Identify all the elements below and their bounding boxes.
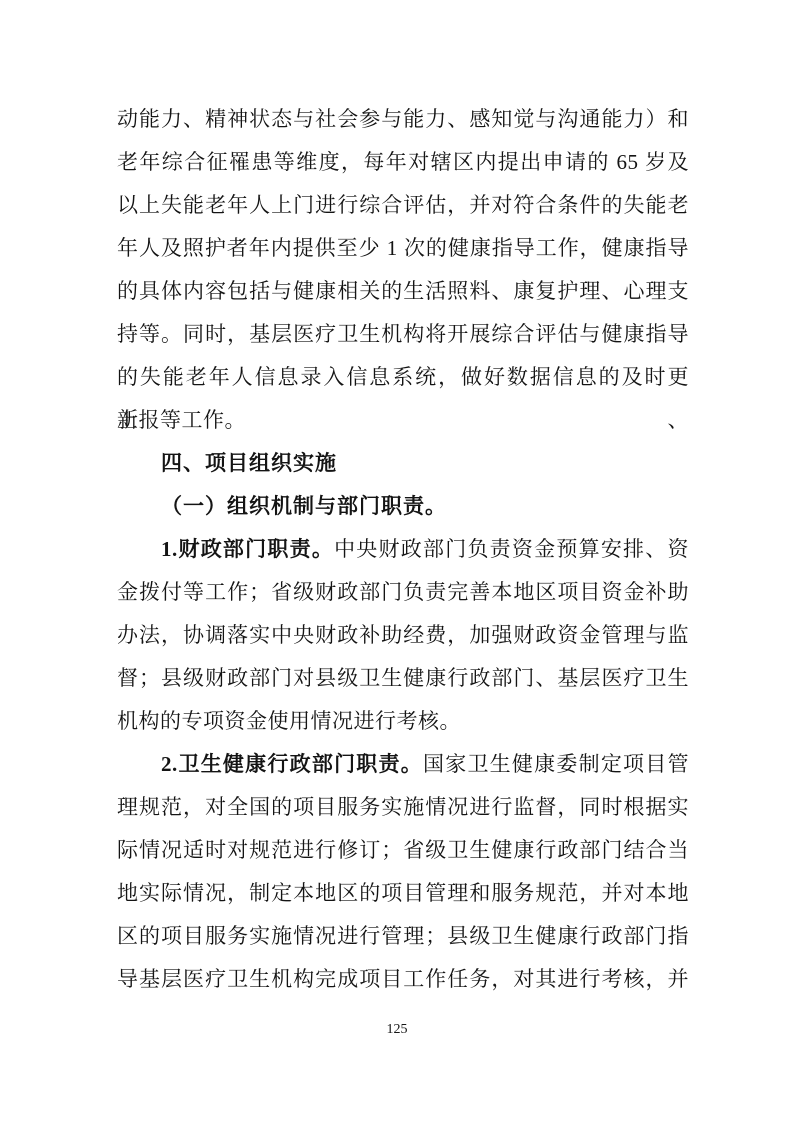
text-run: 持等。同时，基层医疗卫生机构将开展综合评估与健康指导: [117, 322, 689, 346]
text-run: 金拨付等工作；省级财政部门负责完善本地区项目资金补助: [117, 580, 689, 604]
body-line: 的具体内容包括与健康相关的生活照料、康复护理、心理支: [117, 270, 689, 313]
paragraph-lead-bold: 1.财政部门职责。: [161, 537, 334, 561]
document-page: 动能力、精神状态与社会参与能力、感知觉与沟通能力）和老年综合征罹患等维度，每年对…: [0, 0, 794, 1122]
body-line: 理规范，对全国的项目服务实施情况进行监督，同时根据实: [117, 786, 689, 829]
text-run: 动能力、精神状态与社会参与能力、感知觉与沟通能力）和: [117, 107, 689, 131]
document-body: 动能力、精神状态与社会参与能力、感知觉与沟通能力）和老年综合征罹患等维度，每年对…: [117, 98, 689, 1001]
text-run: 上报等工作。: [117, 408, 246, 432]
text-run: 年人及照护者年内提供至少 1 次的健康指导工作，健康指导: [117, 236, 689, 260]
body-line: 老年综合征罹患等维度，每年对辖区内提出申请的 65 岁及: [117, 141, 689, 184]
body-line: 督；县级财政部门对县级卫生健康行政部门、基层医疗卫生: [117, 657, 689, 700]
text-run: 导基层医疗卫生机构完成项目工作任务，对其进行考核，并: [117, 967, 689, 991]
paragraph-lead-bold: 四、项目组织实施: [161, 452, 337, 475]
text-run: 督；县级财政部门对县级卫生健康行政部门、基层医疗卫生: [117, 666, 689, 690]
text-run: 地实际情况，制定本地区的项目管理和服务规范，并对本地: [117, 881, 689, 905]
text-run: 办法，协调落实中央财政补助经费，加强财政资金管理与监: [117, 623, 689, 647]
paragraph-lead-bold: （一）组织机制与部门职责。: [161, 494, 447, 518]
paragraph-lead-bold: 2.卫生健康行政部门职责。: [161, 752, 423, 776]
text-run: 理规范，对全国的项目服务实施情况进行监督，同时根据实: [117, 795, 689, 819]
text-run: 中央财政部门负责资金预算安排、资: [334, 537, 689, 561]
body-line: 动能力、精神状态与社会参与能力、感知觉与沟通能力）和: [117, 98, 689, 141]
section-heading: 四、项目组织实施: [117, 442, 689, 485]
text-run: 机构的专项资金使用情况进行考核。: [117, 709, 461, 733]
body-line: 持等。同时，基层医疗卫生机构将开展综合评估与健康指导: [117, 313, 689, 356]
body-line: 区的项目服务实施情况进行管理；县级卫生健康行政部门指: [117, 915, 689, 958]
body-line: 年人及照护者年内提供至少 1 次的健康指导工作，健康指导: [117, 227, 689, 270]
text-run: 区的项目服务实施情况进行管理；县级卫生健康行政部门指: [117, 924, 689, 948]
text-run: 老年综合征罹患等维度，每年对辖区内提出申请的 65 岁及: [117, 150, 689, 174]
body-line: 导基层医疗卫生机构完成项目工作任务，对其进行考核，并: [117, 958, 689, 1001]
body-line: 金拨付等工作；省级财政部门负责完善本地区项目资金补助: [117, 571, 689, 614]
page-number: 125: [0, 1020, 794, 1040]
text-run: 际情况适时对规范进行修订；省级卫生健康行政部门结合当: [117, 838, 689, 862]
body-line: 际情况适时对规范进行修订；省级卫生健康行政部门结合当: [117, 829, 689, 872]
body-line: 的失能老年人信息录入信息系统，做好数据信息的及时更新、: [117, 356, 689, 399]
body-line: 办法，协调落实中央财政补助经费，加强财政资金管理与监: [117, 614, 689, 657]
body-line: 地实际情况，制定本地区的项目管理和服务规范，并对本地: [117, 872, 689, 915]
body-line: 以上失能老年人上门进行综合评估，并对符合条件的失能老: [117, 184, 689, 227]
body-line: 机构的专项资金使用情况进行考核。: [117, 700, 689, 743]
body-line: 1.财政部门职责。中央财政部门负责资金预算安排、资: [117, 528, 689, 571]
body-line: 2.卫生健康行政部门职责。国家卫生健康委制定项目管: [117, 743, 689, 786]
text-run: 国家卫生健康委制定项目管: [423, 752, 689, 776]
text-run: 以上失能老年人上门进行综合评估，并对符合条件的失能老: [117, 193, 689, 217]
text-run: 的具体内容包括与健康相关的生活照料、康复护理、心理支: [117, 279, 689, 303]
subsection-heading: （一）组织机制与部门职责。: [117, 485, 689, 528]
